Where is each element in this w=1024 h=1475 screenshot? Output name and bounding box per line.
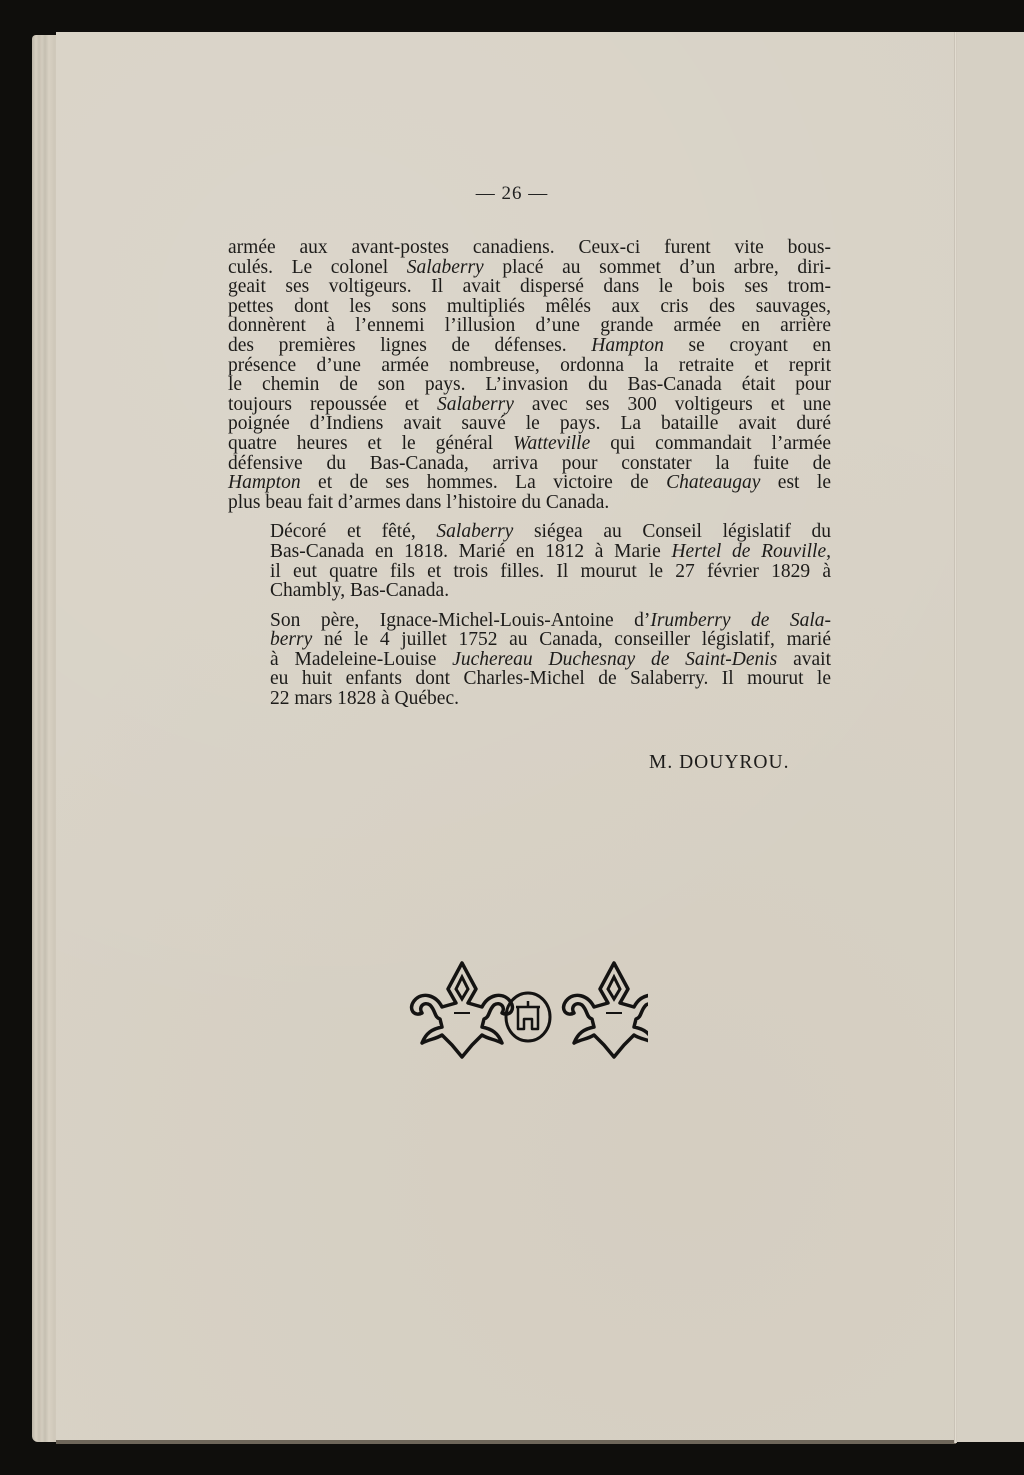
text-run: culés. Le colonel [228,257,407,278]
text-run: Bas-Canada en 1818. Marié en 1812 à Mari… [270,541,671,562]
text-run: le chemin de son pays. L’invasion du Bas… [228,374,831,395]
facing-page-edge [957,32,1024,1442]
text-run: donnèrent à l’ennemi l’illusion d’une gr… [228,315,831,336]
text-line: 22 mars 1828 à Québec. [228,689,831,709]
text-line: plus beau fait d’armes dans l’histoire d… [228,493,831,513]
text-run: armée aux avant-postes canadiens. Ceux-c… [228,237,831,258]
text-line: culés. Le colonel Salaberry placé au som… [228,258,831,278]
text-line: présence d’une armée nombreuse, ordonna … [228,356,831,376]
text-line: eu huit enfants dont Charles-Michel de S… [228,669,831,689]
italic-name: Salaberry [437,394,514,415]
text-run: Son père, Ignace-Michel-Louis-Antoine d’ [270,610,650,631]
text-run: Décoré et fêté, [270,521,436,542]
text-line: Son père, Ignace-Michel-Louis-Antoine d’… [228,611,831,631]
italic-name: Hampton [591,335,664,356]
text-run: défensive du Bas-Canada, arriva pour con… [228,453,831,474]
italic-name: Salaberry [407,257,484,278]
text-run: eu huit enfants dont Charles-Michel de S… [270,668,831,689]
text-run: siégea au Conseil législatif du [513,521,831,542]
page-number: — 26 — [0,183,1024,205]
text-run: né le 4 juillet 1752 au Canada, conseill… [312,629,831,650]
text-run: 22 mars 1828 à Québec. [270,688,459,709]
paragraph: Décoré et fêté, Salaberry siégea au Cons… [228,522,831,600]
text-line: toujours repoussée et Salaberry avec ses… [228,395,831,415]
text-line: poignée d’Indiens avait sauvé le pays. L… [228,414,831,434]
italic-name: Juchereau Duchesnay de Saint-Denis [452,649,777,670]
paragraph: armée aux avant-postes canadiens. Ceux-c… [228,238,831,512]
italic-name: Watteville [513,433,590,454]
text-run: pettes dont les sons multipliés mêlés au… [228,296,831,317]
italic-name: Hertel de Rouville, [671,541,831,562]
text-line: des premières lignes de défenses. Hampto… [228,336,831,356]
italic-name: Salaberry [436,521,513,542]
ornament-vignette [408,955,648,1060]
text-run: avec ses 300 voltigeurs et une [514,394,831,415]
text-run: quatre heures et le général [228,433,513,454]
italic-name: Hampton [228,472,301,493]
text-line: à Madeleine-Louise Juchereau Duchesnay d… [228,650,831,670]
article-body: armée aux avant-postes canadiens. Ceux-c… [228,238,831,709]
italic-name: Chateaugay [666,472,760,493]
text-line: pettes dont les sons multipliés mêlés au… [228,297,831,317]
text-run: se croyant en [664,335,831,356]
text-run: et de ses hommes. La victoire de [301,472,667,493]
text-line: Chambly, Bas-Canada. [228,581,831,601]
text-run: est le [760,472,831,493]
text-run: des premières lignes de défenses. [228,335,591,356]
italic-name: berry [270,629,312,650]
text-run: avait [777,649,831,670]
fleur-de-lis-icon [564,963,648,1057]
text-line: Hampton et de ses hommes. La victoire de… [228,473,831,493]
text-line: le chemin de son pays. L’invasion du Bas… [228,375,831,395]
text-run: à Madeleine-Louise [270,649,452,670]
text-line: défensive du Bas-Canada, arriva pour con… [228,454,831,474]
text-line: berry né le 4 juillet 1752 au Canada, co… [228,630,831,650]
text-line: Décoré et fêté, Salaberry siégea au Cons… [228,522,831,542]
text-line: Bas-Canada en 1818. Marié en 1812 à Mari… [228,542,831,562]
italic-name: Irumberry de Sala- [650,610,831,631]
text-run: poignée d’Indiens avait sauvé le pays. L… [228,413,831,434]
text-line: donnèrent à l’ennemi l’illusion d’une gr… [228,316,831,336]
text-run: geait ses voltigeurs. Il avait dispersé … [228,276,831,297]
text-line: quatre heures et le général Watteville q… [228,434,831,454]
text-run: il eut quatre fils et trois filles. Il m… [270,561,831,582]
paragraph: Son père, Ignace-Michel-Louis-Antoine d’… [228,611,831,709]
page-bottom-edge [56,1440,956,1444]
text-run: qui commandait l’armée [590,433,831,454]
monogram-h-medallion-icon [506,993,550,1041]
text-line: armée aux avant-postes canadiens. Ceux-c… [228,238,831,258]
text-line: il eut quatre fils et trois filles. Il m… [228,562,831,582]
text-run: toujours repoussée et [228,394,437,415]
text-line: geait ses voltigeurs. Il avait dispersé … [228,277,831,297]
fleur-de-lis-icon [412,963,513,1057]
text-run: présence d’une armée nombreuse, ordonna … [228,355,831,376]
text-run: plus beau fait d’armes dans l’histoire d… [228,492,609,513]
text-run: placé au sommet d’un arbre, diri- [484,257,831,278]
author-signature: M. DOUYROU. [649,752,789,774]
text-run: Chambly, Bas-Canada. [270,580,449,601]
